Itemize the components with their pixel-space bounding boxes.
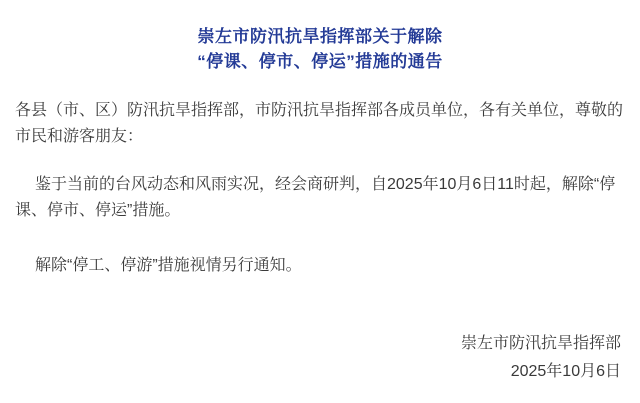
notice-title: 崇左市防汛抗旱指挥部关于解除 “停课、停市、停运”措施的通告 — [15, 24, 625, 74]
notice-page: 崇左市防汛抗旱指挥部关于解除 “停课、停市、停运”措施的通告 各县（市、区）防汛… — [0, 0, 640, 403]
notice-salutation: 各县（市、区）防汛抗旱指挥部，市防汛抗旱指挥部各成员单位，各有关单位，尊敬的市民… — [15, 98, 625, 150]
notice-date: 2025年10月6日 — [15, 358, 621, 386]
notice-title-line1: 崇左市防汛抗旱指挥部关于解除 — [15, 24, 625, 49]
notice-signoff: 崇左市防汛抗旱指挥部 2025年10月6日 — [15, 330, 625, 386]
notice-paragraph-2: 解除“停工、停游”措施视情另行通知。 — [15, 253, 625, 279]
notice-signature: 崇左市防汛抗旱指挥部 — [15, 330, 621, 358]
notice-paragraph-1: 鉴于当前的台风动态和风雨实况，经会商研判，自2025年10月6日11时起，解除“… — [15, 172, 625, 224]
notice-title-line2: “停课、停市、停运”措施的通告 — [15, 49, 625, 74]
